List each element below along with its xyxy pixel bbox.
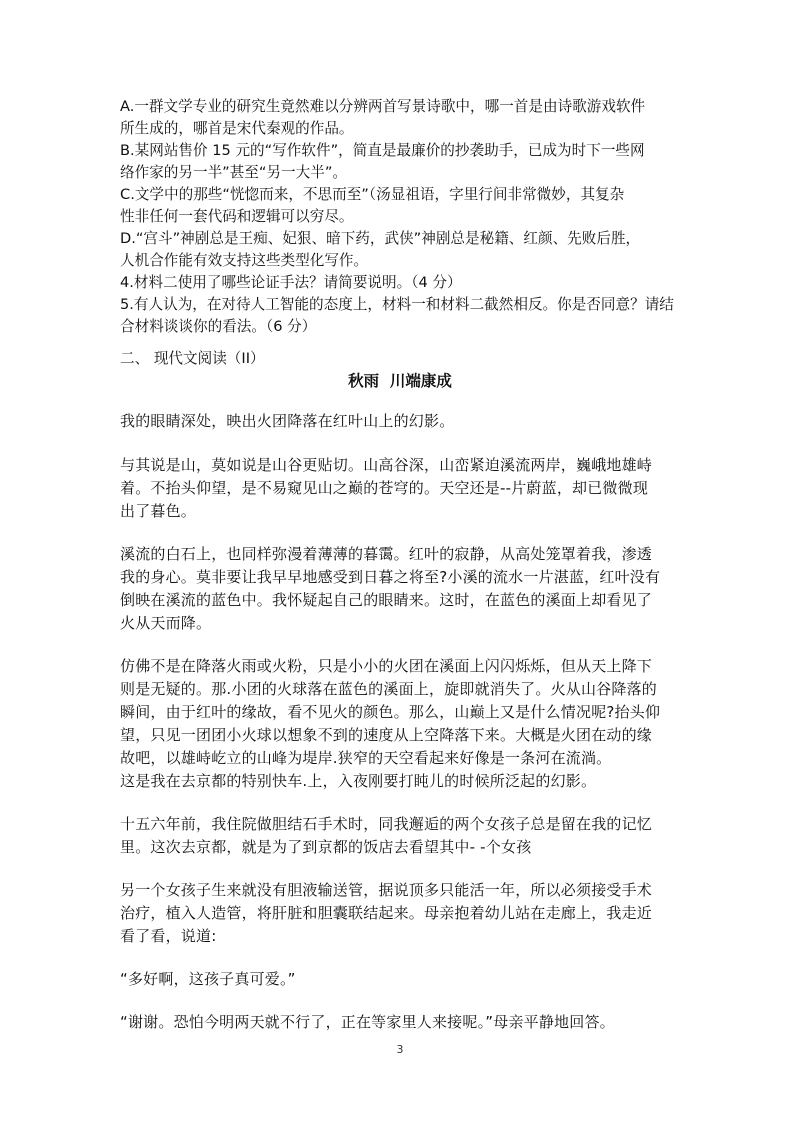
question-5-line-1: 5.有人认为，在对待人工智能的态度上，材料一和材料二截然相反。你是否同意？请结: [120, 294, 674, 316]
option-b-line-1: B.某网站售价 15 元的“写作软件”，简直是最廉价的抄袭助手，已成为时下一些网: [120, 140, 645, 162]
section-heading: 二、 现代文阅读（II）: [120, 348, 265, 370]
option-a-line-2: 所生成的，哪首是宋代秦观的作品。: [120, 118, 354, 140]
paragraph-7-line-1: 另一个女孩子生来就没有胆液输送管，据说顶多只能活一年，所以必须接受手术: [120, 879, 652, 901]
passage-title: 秋雨 川端康成: [0, 370, 800, 392]
paragraph-8-line-1: “多好啊，这孩子真可爱。”: [120, 968, 296, 990]
paragraph-3-line-2: 我的身心。莫非要让我早早地感受到日暮之将至?小溪的流水一片湛蓝，红叶没有: [120, 566, 660, 588]
paragraph-4-line-4: 望，只见一团团小火球以想象不到的速度从上空降落下来。大概是火团在动的缘: [120, 724, 652, 746]
option-c-line-2: 性非任何一套代码和逻辑可以穷尽。: [120, 206, 354, 228]
paragraph-6-line-2: 里。这次去京都，就是为了到京都的饭店去看望其中- -个女孩: [120, 836, 531, 858]
question-4: 4.材料二使用了哪些论证手法？请简要说明。（4 分）: [120, 272, 462, 294]
paragraph-3-line-4: 火从天而降。: [120, 612, 211, 634]
paragraph-9-line-1: “谢谢。恐怕今明两天就不行了，正在等家里人来接呢。”母亲平静地回答。: [120, 1011, 615, 1033]
paragraph-2-line-3: 出了暮色。: [120, 500, 196, 522]
paragraph-2-line-2: 着。不抬头仰望，是不易窥见山之巅的苍穹的。天空还是--片蔚蓝，却已微微现: [120, 477, 648, 499]
paragraph-7-line-3: 看了看，说道:: [120, 925, 216, 947]
page-number: 3: [0, 1043, 800, 1056]
option-d-line-2: 人机合作能有效支持这些类型化写作。: [120, 250, 368, 272]
paragraph-4-line-5: 故吧，以雄峙屹立的山峰为堤岸.狭窄的天空看起来好像是一条河在流淌。: [120, 747, 611, 769]
question-5-line-2: 合材料谈谈你的看法。（6 分）: [120, 316, 316, 338]
option-b-line-2: 络作家的另一半”甚至“另一大半”。: [120, 162, 347, 184]
paragraph-1-line-1: 我的眼睛深处，映出火团降落在红叶山上的幻影。: [120, 410, 454, 432]
paragraph-4-line-2: 则是无疑的。那.小团的火球落在蓝色的溪面上，旋即就消失了。火从山谷降落的: [120, 678, 657, 700]
paragraph-3-line-1: 溪流的白石上，也同样弥漫着薄薄的暮霭。红叶的寂静，从高处笼罩着我，渗透: [120, 543, 652, 565]
paragraph-5-line-1: 这是我在去京都的特别快车.上，入夜刚要打盹儿的时候所泛起的幻影。: [120, 770, 596, 792]
paragraph-7-line-2: 治疗，植入人造管，将肝脏和胆囊联结起来。母亲抱着幼儿站在走廊上，我走近: [120, 902, 652, 924]
paragraph-3-line-3: 倒映在溪流的蓝色中。我怀疑起自己的眼睛来。这时，在蓝色的溪面上却看见了: [120, 589, 652, 611]
paragraph-6-line-1: 十五六年前，我住院做胆结石手术时，同我邂逅的两个女孩子总是留在我的记忆: [120, 813, 652, 835]
document-page: A.一群文学专业的研究生竟然难以分辨两首写景诗歌中，哪一首是由诗歌游戏软件 所生…: [0, 0, 800, 1131]
option-a-line-1: A.一群文学专业的研究生竟然难以分辨两首写景诗歌中，哪一首是由诗歌游戏软件: [120, 96, 645, 118]
option-c-line-1: C.文学中的那些“恍惚而来，不思而至”（汤显祖语，字里行间非常微妙，其复杂: [120, 184, 624, 206]
paragraph-4-line-3: 瞬间，由于红叶的缘故，看不见火的颜色。那么，山巅上又是什么情况呢?抬头仰: [120, 701, 660, 723]
option-d-line-1: D.“宫斗”神剧总是王痴、妃狠、暗下药，武侠”神剧总是秘籍、红颜、先败后胜，: [120, 228, 640, 250]
paragraph-2-line-1: 与其说是山，莫如说是山谷更贴切。山高谷深，山峦紧迫溪流两岸，巍峨地雄峙: [120, 454, 652, 476]
paragraph-4-line-1: 仿佛不是在降落火雨或火粉，只是小小的火团在溪面上闪闪烁烁，但从天上降下: [120, 655, 652, 677]
